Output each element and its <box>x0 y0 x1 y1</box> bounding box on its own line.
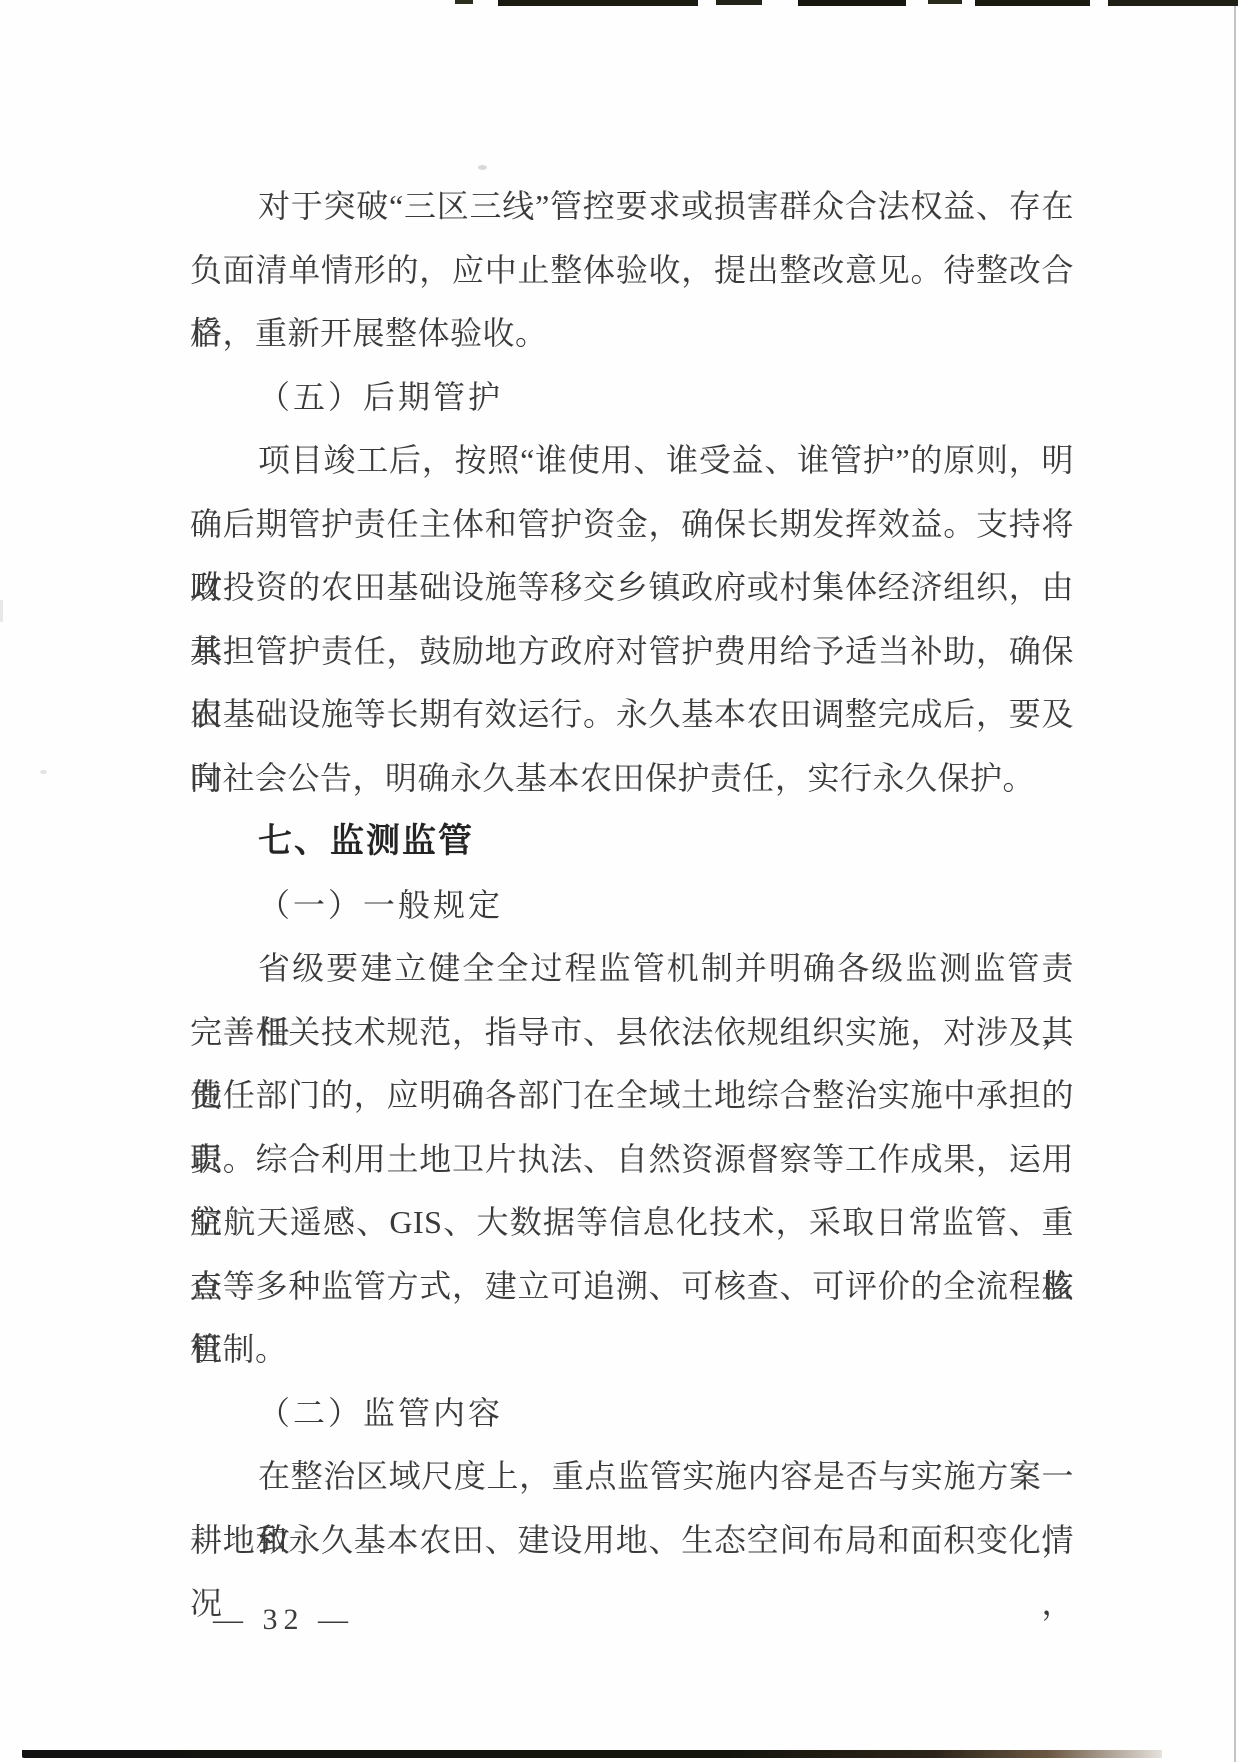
text-line: 项目竣工后，按照“谁使用、谁受益、谁管护”的原则，明 <box>190 429 1074 493</box>
text-line: 对于突破“三区三线”管控要求或损害群众合法权益、存在 <box>190 175 1074 239</box>
text-line: 完善相关技术规范，指导市、县依法依规组织实施，对涉及其他 <box>190 1001 1074 1065</box>
text-line: 空航天遥感、GIS、大数据等信息化技术，采取日常监管、重点核 <box>190 1191 1074 1255</box>
subsection-heading: （二）监管内容 <box>190 1382 1074 1446</box>
scan-artifact-segment <box>455 0 473 4</box>
text-line: 查等多种监管方式，建立可追溯、可核查、可评价的全流程监管 <box>190 1255 1074 1319</box>
scan-artifact-bottom-edge <box>22 1750 1162 1758</box>
text-line: 向社会公告，明确永久基本农田保护责任，实行永久保护。 <box>190 747 1074 811</box>
text-line: 负面清单情形的，应中止整体验收，提出整改意见。待整改合格 <box>190 239 1074 303</box>
scan-artifact-segment <box>975 0 1090 6</box>
text-line: 政投资的农田基础设施等移交乡镇政府或村集体经济组织，由其 <box>190 556 1074 620</box>
text-line: 省级要建立健全全过程监管机制并明确各级监测监管责任， <box>190 937 1074 1001</box>
subsection-heading: （五）后期管护 <box>190 366 1074 430</box>
scan-speck <box>0 600 3 622</box>
text-line: 在整治区域尺度上，重点监管实施内容是否与实施方案一致， <box>190 1445 1074 1509</box>
text-line: 后，重新开展整体验收。 <box>190 302 1074 366</box>
scan-artifact-segment <box>498 0 698 6</box>
text-line: 确后期管护责任主体和管护资金，确保长期发挥效益。支持将财 <box>190 493 1074 557</box>
scan-artifact-segment <box>798 0 906 6</box>
footer-page-number: — 32 — <box>213 1603 354 1637</box>
scan-speck <box>478 165 487 170</box>
scan-artifact-segment <box>928 0 962 4</box>
text-line: 田基础设施等长期有效运行。永久基本农田调整完成后，要及时 <box>190 683 1074 747</box>
section-heading: 七、监测监管 <box>190 810 1074 874</box>
scan-artifact-segment <box>716 0 762 5</box>
subsection-heading: （一）一般规定 <box>190 874 1074 938</box>
text-line: 机制。 <box>190 1318 1074 1382</box>
scan-speck <box>40 770 47 774</box>
text-line: 责任部门的，应明确各部门在全域土地综合整治实施中承担的职 <box>190 1064 1074 1128</box>
document-page: 对于突破“三区三线”管控要求或损害群众合法权益、存在负面清单情形的，应中止整体验… <box>0 0 1238 1762</box>
text-line: 责。综合利用土地卫片执法、自然资源督察等工作成果，运用航 <box>190 1128 1074 1192</box>
scan-artifact-segment <box>1108 0 1238 6</box>
document-body: 对于突破“三区三线”管控要求或损害群众合法权益、存在负面清单情形的，应中止整体验… <box>190 175 1074 1572</box>
text-line: 承担管护责任，鼓励地方政府对管护费用给予适当补助，确保农 <box>190 620 1074 684</box>
scan-artifact-right-edge-line <box>1234 6 1236 1762</box>
text-line: 耕地和永久基本农田、建设用地、生态空间布局和面积变化情况， <box>190 1509 1074 1573</box>
